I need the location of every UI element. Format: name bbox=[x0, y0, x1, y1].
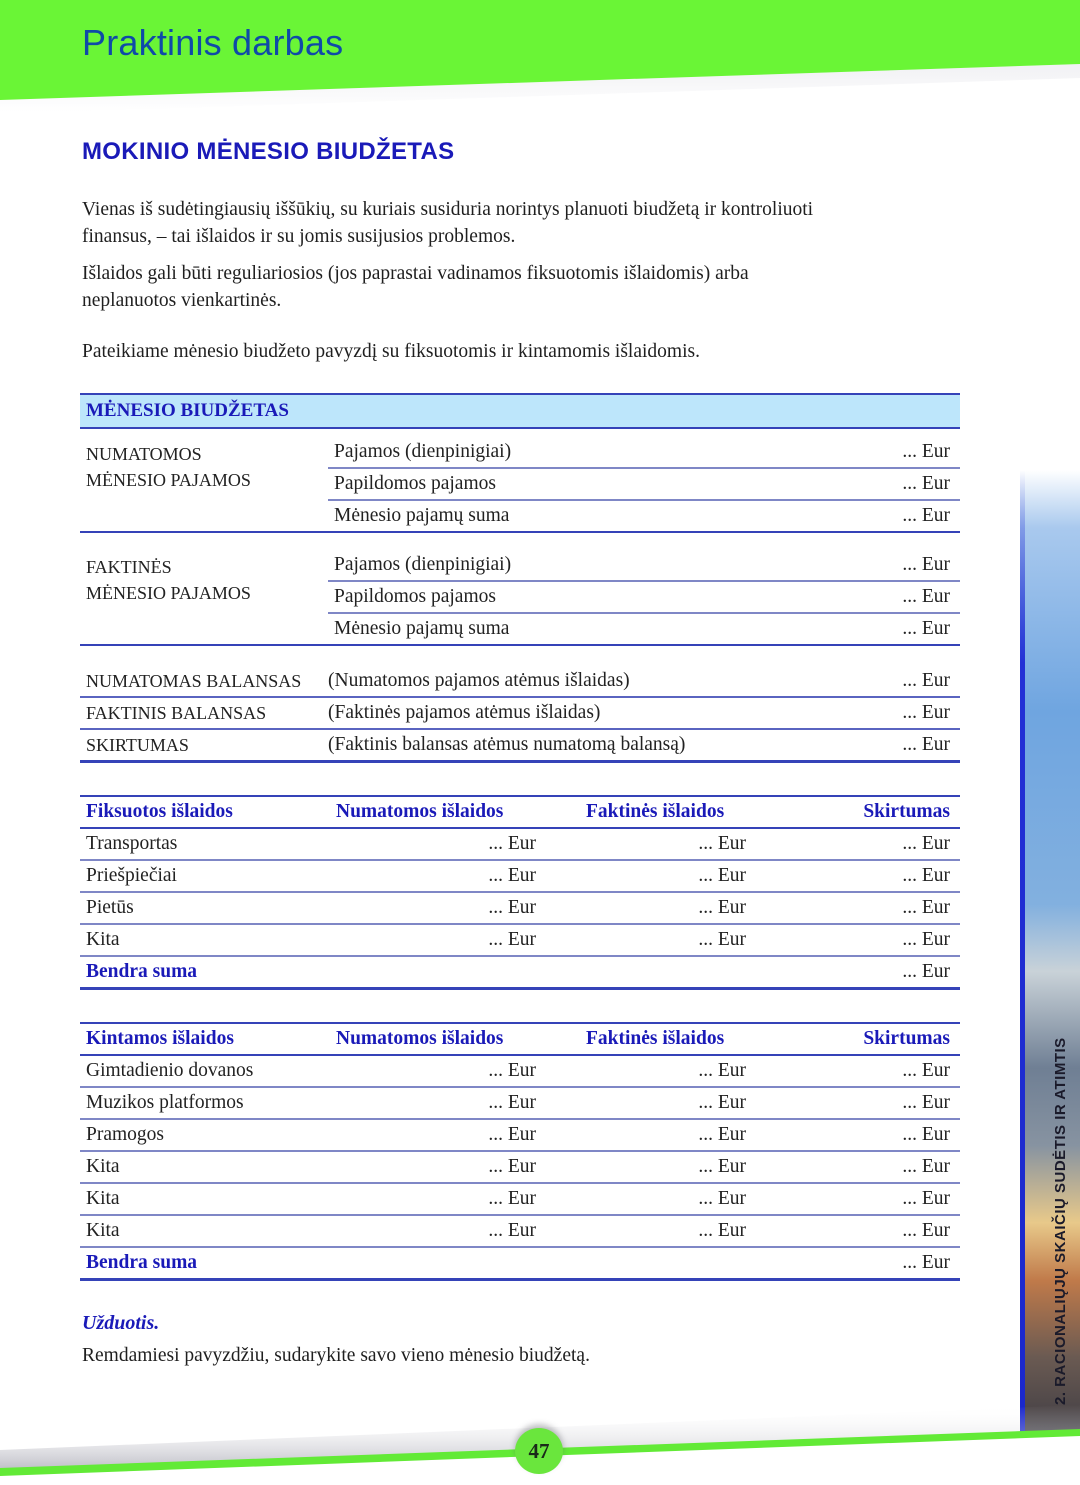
table-row: Gimtadienio dovanos... Eur... Eur... Eur bbox=[80, 1056, 960, 1088]
task-title: Užduotis. bbox=[82, 1312, 159, 1335]
budget-row: Mėnesio pajamų suma... Eur bbox=[328, 614, 960, 644]
amount-field[interactable]: ... Eur bbox=[746, 1060, 960, 1082]
amount-field[interactable]: ... Eur bbox=[536, 897, 746, 919]
amount-field[interactable]: ... Eur bbox=[326, 1220, 536, 1242]
budget-row: Papildomos pajamos... Eur bbox=[328, 469, 960, 501]
amount-field[interactable]: ... Eur bbox=[326, 1060, 536, 1082]
amount-field[interactable]: ... Eur bbox=[870, 670, 960, 692]
table-row: Kita... Eur... Eur... Eur bbox=[80, 1184, 960, 1216]
amount-field[interactable]: ... Eur bbox=[746, 1092, 960, 1114]
budget-row: Pajamos (dienpinigiai)... Eur bbox=[328, 550, 960, 582]
amount-field[interactable]: ... Eur bbox=[326, 1156, 536, 1178]
amount-field[interactable]: ... Eur bbox=[902, 554, 950, 576]
amount-field[interactable]: ... Eur bbox=[746, 833, 960, 855]
table-row: Pramogos... Eur... Eur... Eur bbox=[80, 1120, 960, 1152]
amount-field[interactable]: ... Eur bbox=[902, 618, 950, 640]
intro-paragraph-3: Pateikiame mėnesio biudžeto pavyzdį su f… bbox=[82, 338, 842, 365]
income-group-actual: FAKTINĖS MĖNESIO PAJAMOS Pajamos (dienpi… bbox=[80, 550, 960, 644]
amount-field[interactable]: ... Eur bbox=[746, 929, 960, 951]
balance-row-planned: NUMATOMAS BALANSAS (Numatomos pajamos at… bbox=[80, 666, 960, 698]
group-label: NUMATOMOS MĖNESIO PAJAMOS bbox=[80, 437, 328, 531]
amount-field[interactable]: ... Eur bbox=[536, 1156, 746, 1178]
chapter-side-image bbox=[1020, 470, 1080, 1435]
amount-field[interactable]: ... Eur bbox=[902, 441, 950, 463]
table-row: Priešpiečiai... Eur... Eur... Eur bbox=[80, 861, 960, 893]
amount-field[interactable]: ... Eur bbox=[326, 1124, 536, 1146]
intro-paragraph-1: Vienas iš sudėtingiausių iššūkių, su kur… bbox=[82, 196, 842, 250]
table-row: Transportas... Eur... Eur... Eur bbox=[80, 829, 960, 861]
amount-field[interactable]: ... Eur bbox=[326, 1092, 536, 1114]
table-row: Kita... Eur... Eur... Eur bbox=[80, 925, 960, 957]
table-row: Muzikos platformos... Eur... Eur... Eur bbox=[80, 1088, 960, 1120]
amount-field[interactable]: ... Eur bbox=[326, 929, 536, 951]
amount-field[interactable]: ... Eur bbox=[536, 1060, 746, 1082]
balance-row-difference: SKIRTUMAS (Faktinis balansas atėmus numa… bbox=[80, 730, 960, 763]
amount-field[interactable]: ... Eur bbox=[536, 1220, 746, 1242]
chapter-side-label: 2. RACIONALIŲJŲ SKAIČIŲ SUDĖTIS IR ATIMT… bbox=[1052, 1037, 1069, 1405]
table-header: Kintamos išlaidos Numatomos išlaidos Fak… bbox=[80, 1022, 960, 1056]
amount-field[interactable]: ... Eur bbox=[536, 929, 746, 951]
section-title: MOKINIO MĖNESIO BIUDŽETAS bbox=[82, 138, 454, 166]
amount-field[interactable]: ... Eur bbox=[746, 897, 960, 919]
amount-field[interactable]: ... Eur bbox=[902, 505, 950, 527]
amount-field[interactable]: ... Eur bbox=[902, 586, 950, 608]
budget-row: Papildomos pajamos... Eur bbox=[328, 582, 960, 614]
amount-field[interactable]: ... Eur bbox=[326, 833, 536, 855]
amount-field[interactable]: ... Eur bbox=[536, 833, 746, 855]
balance-row-actual: FAKTINIS BALANSAS (Faktinės pajamos atėm… bbox=[80, 698, 960, 730]
amount-field[interactable]: ... Eur bbox=[870, 702, 960, 724]
amount-field[interactable]: ... Eur bbox=[326, 865, 536, 887]
total-row: Bendra suma ... Eur bbox=[80, 957, 960, 990]
amount-field[interactable]: ... Eur bbox=[326, 897, 536, 919]
amount-field[interactable]: ... Eur bbox=[536, 865, 746, 887]
budget-table-header: MĖNESIO BIUDŽETAS bbox=[80, 393, 960, 429]
amount-field[interactable]: ... Eur bbox=[536, 1092, 746, 1114]
page-header-title: Praktinis darbas bbox=[82, 22, 343, 64]
page-number: 47 bbox=[515, 1428, 563, 1474]
table-row: Kita... Eur... Eur... Eur bbox=[80, 1152, 960, 1184]
task-text: Remdamiesi pavyzdžiu, sudarykite savo vi… bbox=[82, 1345, 590, 1367]
intro-paragraph-2: Išlaidos gali būti reguliariosios (jos p… bbox=[82, 260, 842, 314]
amount-field[interactable]: ... Eur bbox=[746, 1188, 960, 1210]
budget-row: Pajamos (dienpinigiai)... Eur bbox=[328, 437, 960, 469]
amount-field[interactable]: ... Eur bbox=[746, 1220, 960, 1242]
group-label: FAKTINĖS MĖNESIO PAJAMOS bbox=[80, 550, 328, 644]
budget-table-title: MĖNESIO BIUDŽETAS bbox=[86, 400, 289, 422]
total-row: Bendra suma ... Eur bbox=[80, 1248, 960, 1281]
table-row: Pietūs... Eur... Eur... Eur bbox=[80, 893, 960, 925]
chapter-side-bar bbox=[1020, 470, 1025, 1435]
amount-field[interactable]: ... Eur bbox=[902, 473, 950, 495]
amount-field[interactable]: ... Eur bbox=[536, 1124, 746, 1146]
income-group-planned: NUMATOMOS MĖNESIO PAJAMOS Pajamos (dienp… bbox=[80, 437, 960, 531]
amount-field[interactable]: ... Eur bbox=[746, 1252, 960, 1274]
amount-field[interactable]: ... Eur bbox=[326, 1188, 536, 1210]
table-row: Kita... Eur... Eur... Eur bbox=[80, 1216, 960, 1248]
amount-field[interactable]: ... Eur bbox=[746, 961, 960, 983]
variable-expenses-table: Kintamos išlaidos Numatomos išlaidos Fak… bbox=[80, 1022, 960, 1281]
table-header: Fiksuotos išlaidos Numatomos išlaidos Fa… bbox=[80, 795, 960, 829]
amount-field[interactable]: ... Eur bbox=[746, 1156, 960, 1178]
monthly-budget-table: MĖNESIO BIUDŽETAS NUMATOMOS MĖNESIO PAJA… bbox=[80, 393, 960, 763]
amount-field[interactable]: ... Eur bbox=[746, 865, 960, 887]
amount-field[interactable]: ... Eur bbox=[536, 1188, 746, 1210]
amount-field[interactable]: ... Eur bbox=[870, 734, 960, 756]
budget-row: Mėnesio pajamų suma... Eur bbox=[328, 501, 960, 531]
amount-field[interactable]: ... Eur bbox=[746, 1124, 960, 1146]
fixed-expenses-table: Fiksuotos išlaidos Numatomos išlaidos Fa… bbox=[80, 795, 960, 990]
